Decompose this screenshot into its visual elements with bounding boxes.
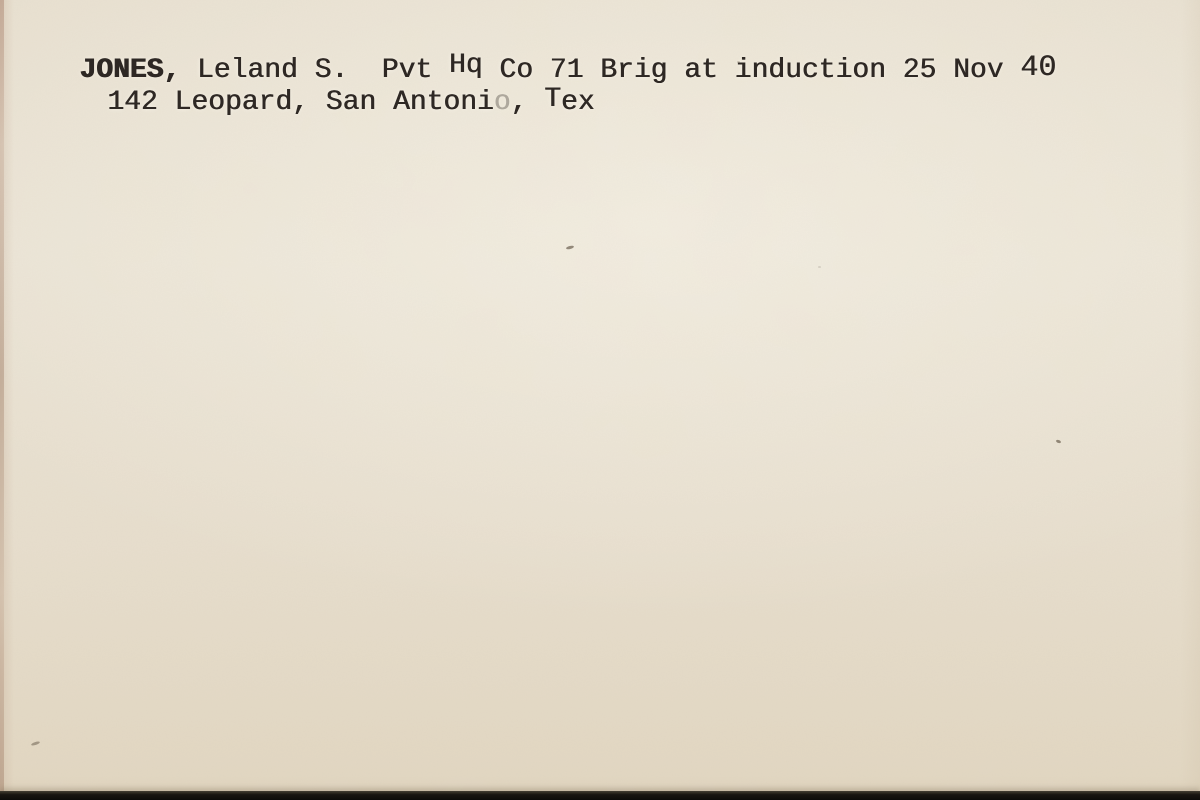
scanner-edge-strip — [0, 791, 1200, 800]
separator-text: , — [511, 87, 545, 118]
state-rest-text: ex — [561, 87, 595, 118]
ink-speck — [31, 741, 40, 747]
faded-letter-text: o — [494, 87, 511, 118]
ink-speck — [818, 266, 821, 268]
ink-speck — [566, 245, 574, 250]
scanned-index-card: JONES, Leland S. Pvt Hq Co 71 Brig at in… — [0, 0, 1200, 800]
state-initial-text: T — [544, 83, 561, 117]
card-left-edge — [0, 0, 4, 800]
induction-year-text: 40 — [1020, 51, 1056, 85]
typewritten-line-2: 142 Leopard, San Antonio, Tex — [40, 52, 595, 154]
street-city-text: 142 Leopard, San Antoni — [107, 87, 493, 118]
ink-speck — [1056, 439, 1062, 444]
